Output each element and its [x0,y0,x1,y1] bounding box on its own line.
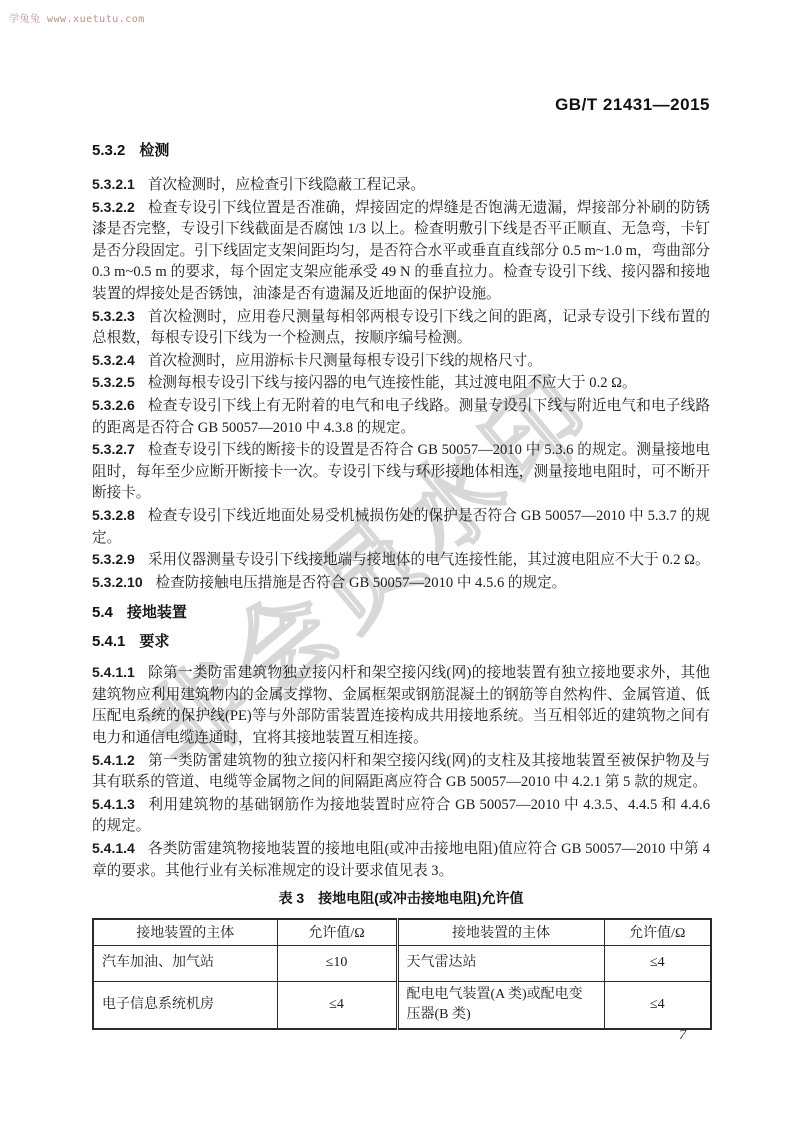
table-cell-value: ≤4 [604,945,711,981]
clause-number: 5.3.2.10 [92,574,143,590]
page-content: 5.3.2检测 5.3.2.1首次检测时，应检查引下线隐蔽工程记录。 5.3.2… [92,143,710,1030]
clause-number: 5.3.2.8 [92,507,135,523]
clause-number: 5.3.2.3 [92,308,135,324]
table-cell-subject: 配电电气装置(A 类)或配电变压器(B 类) [397,981,604,1029]
clause-text: 各类防雷建筑物接地装置的接地电阻(或冲击接地电阻)值应符合 GB 50057—2… [92,841,710,879]
clause-text: 首次检测时，应用卷尺测量每相邻两根专设引下线之间的距离，记录专设引下线布置的总根… [92,309,710,347]
site-watermark: 学兔兔 www.xuetutu.com [9,10,145,25]
clause-number: 5.3.2.7 [92,441,135,457]
clause-number: 5.3.2.1 [92,176,135,192]
clause-number: 5.4.1.4 [92,840,135,856]
clause-paragraph-5-4-1-3: 5.4.1.3利用建筑物的基础钢筋作为接地装置时应符合 GB 50057—201… [92,794,710,838]
section-heading-5-4: 5.4接地装置 [92,605,710,620]
clause-text: 检查防接触电压措施是否符合 GB 50057—2010 中 4.5.6 的规定。 [156,575,567,591]
table-header-value-left: 允许值/Ω [277,919,397,945]
section-number: 5.4.1 [92,633,125,650]
table-cell-value: ≤10 [277,945,397,981]
clause-text: 首次检测时，应检查引下线隐蔽工程记录。 [148,177,425,193]
clause-paragraph-5-3-2-2: 5.3.2.2检查专设引下线位置是否准确，焊接固定的焊缝是否饱满无遗漏，焊接部分… [92,197,710,306]
clause-number: 5.4.1.2 [92,752,135,768]
table-cell-subject: 汽车加油、加气站 [93,945,277,981]
clause-text: 检测每根专设引下线与接闪器的电气连接性能，其过渡电阻不应大于 0.2 Ω。 [148,375,637,391]
table-row: 汽车加油、加气站 ≤10 天气雷达站 ≤4 [93,945,711,981]
clause-number: 5.3.2.6 [92,397,135,413]
clause-number: 5.3.2.5 [92,374,135,390]
clause-text: 检查专设引下线近地面处易受机械损伤处的保护是否符合 GB 50057—2010 … [92,508,710,546]
section-title: 检测 [139,142,169,159]
table-header-value-right: 允许值/Ω [604,919,711,945]
clause-text: 第一类防雷建筑物的独立接闪杆和架空接闪线(网)的支柱及其接地装置至被保护物及与其… [92,753,710,791]
clause-number: 5.3.2.4 [92,352,135,368]
clause-text: 检查专设引下线的断接卡的设置是否符合 GB 50057—2010 中 5.3.6… [92,442,710,501]
clause-number: 5.3.2.9 [92,551,135,567]
table-row: 电子信息系统机房 ≤4 配电电气装置(A 类)或配电变压器(B 类) ≤4 [93,981,711,1029]
clause-paragraph-5-3-2-9: 5.3.2.9采用仪器测量专设引下线接地端与接地体的电气连接性能，其过渡电阻应不… [92,549,710,572]
clause-paragraph-5-4-1-2: 5.4.1.2第一类防雷建筑物的独立接闪杆和架空接闪线(网)的支柱及其接地装置至… [92,750,710,794]
resistance-table: 接地装置的主体 允许值/Ω 接地装置的主体 允许值/Ω 汽车加油、加气站 ≤10… [92,918,712,1030]
table-cell-subject: 电子信息系统机房 [93,981,277,1029]
clause-paragraph-5-3-2-1: 5.3.2.1首次检测时，应检查引下线隐蔽工程记录。 [92,174,710,197]
standard-code-header: GB/T 21431—2015 [555,95,710,115]
clause-number: 5.3.2.2 [92,199,135,215]
clause-text: 除第一类防雷建筑物独立接闪杆和架空接闪线(网)的接地装置有独立接地要求外，其他建… [92,665,710,746]
table-cell-value: ≤4 [604,981,711,1029]
clause-paragraph-5-3-2-7: 5.3.2.7检查专设引下线的断接卡的设置是否符合 GB 50057—2010 … [92,439,710,505]
section-heading-5-3-2: 5.3.2检测 [92,143,710,158]
section-title: 接地装置 [127,604,187,621]
clause-paragraph-5-3-2-3: 5.3.2.3首次检测时，应用卷尺测量每相邻两根专设引下线之间的距离，记录专设引… [92,306,710,350]
table-header-subject-right: 接地装置的主体 [397,919,604,945]
clause-paragraph-5-3-2-5: 5.3.2.5检测每根专设引下线与接闪器的电气连接性能，其过渡电阻不应大于 0.… [92,372,710,395]
clause-paragraph-5-3-2-4: 5.3.2.4首次检测时，应用游标卡尺测量每根专设引下线的规格尺寸。 [92,350,710,373]
table-header-subject-left: 接地装置的主体 [93,919,277,945]
clause-text: 检查专设引下线上有无附着的电气和电子线路。测量专设引下线与附近电气和电子线路的距… [92,398,710,436]
clause-paragraph-5-3-2-8: 5.3.2.8检查专设引下线近地面处易受机械损伤处的保护是否符合 GB 5005… [92,505,710,549]
clause-paragraph-5-4-1-4: 5.4.1.4各类防雷建筑物接地装置的接地电阻(或冲击接地电阻)值应符合 GB … [92,838,710,882]
clause-paragraph-5-4-1-1: 5.4.1.1除第一类防雷建筑物独立接闪杆和架空接闪线(网)的接地装置有独立接地… [92,662,710,749]
section-title: 要求 [139,633,169,650]
table-cell-value: ≤4 [277,981,397,1029]
section-heading-5-4-1: 5.4.1要求 [92,634,710,649]
document-page: 学兔兔 www.xuetutu.com 非会员水印 GB/T 21431—201… [0,0,793,1122]
clause-paragraph-5-3-2-10: 5.3.2.10检查防接触电压措施是否符合 GB 50057—2010 中 4.… [92,572,710,595]
clause-text: 采用仪器测量专设引下线接地端与接地体的电气连接性能，其过渡电阻应不大于 0.2 … [148,552,710,568]
clause-text: 检查专设引下线位置是否准确，焊接固定的焊缝是否饱满无遗漏，焊接部分补刷的防锈漆是… [92,200,710,302]
table-cell-subject: 天气雷达站 [397,945,604,981]
clause-number: 5.4.1.1 [92,664,135,680]
table-caption: 表 3 接地电阻(或冲击接地电阻)允许值 [92,891,710,906]
section-number: 5.4 [92,604,113,621]
clause-text: 利用建筑物的基础钢筋作为接地装置时应符合 GB 50057—2010 中 4.3… [92,797,710,835]
clause-number: 5.4.1.3 [92,796,135,812]
clause-paragraph-5-3-2-6: 5.3.2.6检查专设引下线上有无附着的电气和电子线路。测量专设引下线与附近电气… [92,395,710,439]
clause-text: 首次检测时，应用游标卡尺测量每根专设引下线的规格尺寸。 [148,353,542,369]
section-number: 5.3.2 [92,142,125,159]
table-header-row: 接地装置的主体 允许值/Ω 接地装置的主体 允许值/Ω [93,919,711,945]
